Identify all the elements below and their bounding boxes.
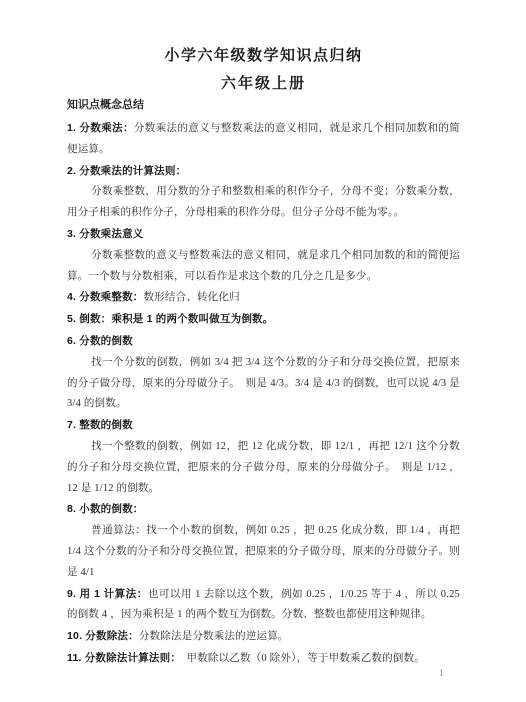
knowledge-item-2: 2. 分数乘法的计算法则： 分数乘整数，用分数的分子和整数相乘的积作分子，分母不… (67, 161, 460, 224)
knowledge-item-8: 8. 小数的倒数： 普通算法：找一个小数的倒数，例如 0.25 ，把 0.25 … (67, 499, 460, 583)
item-line: 8. 小数的倒数： (67, 499, 460, 521)
item-line: 10. 分数除法：分数除法是分数乘法的逆运算。 (67, 626, 460, 648)
item-label: 7. 整数的倒数 (67, 419, 133, 431)
section-heading: 知识点概念总结 (67, 98, 460, 113)
item-label: 1. 分数乘法： (67, 122, 134, 134)
item-paragraph: 分数乘整数，用分数的分子和整数相乘的积作分子，分母不变；分数乘分数，用分子相乘的… (67, 182, 460, 224)
item-line: 4. 分数乘整数：数形结合、转化化归 (67, 287, 460, 309)
knowledge-item-4: 4. 分数乘整数：数形结合、转化化归 (67, 287, 460, 309)
item-label: 8. 小数的倒数： (67, 503, 143, 515)
item-paragraph: 找一个分数的倒数，例如 3/4 把 3/4 这个分数的分子和分母交换位置，把原来… (67, 353, 460, 415)
knowledge-item-7: 7. 整数的倒数 找一个整数的倒数，例如 12，把 12 化成分数，即 12/1… (67, 415, 460, 499)
item-paragraph: 分数乘整数的意义与整数乘法的意义相同，就是求几个相同加数的和的简便运算。一个数与… (67, 246, 460, 288)
item-label: 4. 分数乘整数： (67, 291, 143, 303)
item-text: 甲数除以乙数（0 除外），等于甲数乘乙数的倒数。 (176, 653, 425, 664)
knowledge-item-10: 10. 分数除法：分数除法是分数乘法的逆运算。 (67, 626, 460, 648)
item-line: 2. 分数乘法的计算法则： (67, 161, 460, 183)
knowledge-item-1: 1. 分数乘法：分数乘法的意义与整数乘法的意义相同，就是求几个相同加数和的简便运… (67, 118, 460, 161)
item-text: 分数除法是分数乘法的逆运算。 (139, 631, 289, 642)
item-label: 9. 用 1 计算法： (67, 588, 148, 600)
item-line: 5. 倒数：乘积是 1 的两个数叫做互为倒数。 (67, 309, 460, 331)
knowledge-points-list: 1. 分数乘法：分数乘法的意义与整数乘法的意义相同，就是求几个相同加数和的简便运… (67, 118, 460, 670)
item-line: 1. 分数乘法：分数乘法的意义与整数乘法的意义相同，就是求几个相同加数和的简便运… (67, 118, 460, 161)
item-label: 6. 分数的倒数 (67, 335, 133, 347)
document-page: 小学六年级数学知识点归纳 六年级上册 知识点概念总结 1. 分数乘法：分数乘法的… (0, 0, 526, 702)
item-label: 5. 倒数： (67, 313, 111, 325)
item-line: 7. 整数的倒数 (67, 415, 460, 437)
item-label: 2. 分数乘法的计算法则： (67, 165, 186, 177)
item-label: 3. 分数乘法意义 (67, 228, 143, 240)
page-subtitle: 六年级上册 (67, 73, 460, 95)
item-line: 3. 分数乘法意义 (67, 224, 460, 246)
item-paragraph: 找一个整数的倒数，例如 12，把 12 化成分数，即 12/1 ，再把 12/1… (67, 437, 460, 499)
item-line: 11. 分数除法计算法则： 甲数除以乙数（0 除外），等于甲数乘乙数的倒数。 (67, 648, 460, 670)
item-line: 9. 用 1 计算法：也可以用 1 去除以这个数，例如 0.25 ，1/0.25… (67, 584, 460, 627)
item-paragraph: 普通算法：找一个小数的倒数，例如 0.25 ，把 0.25 化成分数，即 1/4… (67, 521, 460, 583)
knowledge-item-6: 6. 分数的倒数 找一个分数的倒数，例如 3/4 把 3/4 这个分数的分子和分… (67, 331, 460, 415)
item-text: 数形结合、转化化归 (143, 292, 239, 303)
knowledge-item-3: 3. 分数乘法意义 分数乘整数的意义与整数乘法的意义相同，就是求几个相同加数的和… (67, 224, 460, 287)
item-label: 10. 分数除法： (67, 630, 139, 642)
knowledge-item-11: 11. 分数除法计算法则： 甲数除以乙数（0 除外），等于甲数乘乙数的倒数。 (67, 648, 460, 670)
knowledge-item-9: 9. 用 1 计算法：也可以用 1 去除以这个数，例如 0.25 ，1/0.25… (67, 584, 460, 627)
page-number: 1 (439, 667, 444, 681)
knowledge-item-5: 5. 倒数：乘积是 1 的两个数叫做互为倒数。 (67, 309, 460, 331)
item-label: 11. 分数除法计算法则： (67, 652, 176, 664)
page-title: 小学六年级数学知识点归纳 (67, 45, 460, 67)
item-text: 乘积是 1 的两个数叫做互为倒数。 (111, 313, 273, 325)
item-line: 6. 分数的倒数 (67, 331, 460, 353)
